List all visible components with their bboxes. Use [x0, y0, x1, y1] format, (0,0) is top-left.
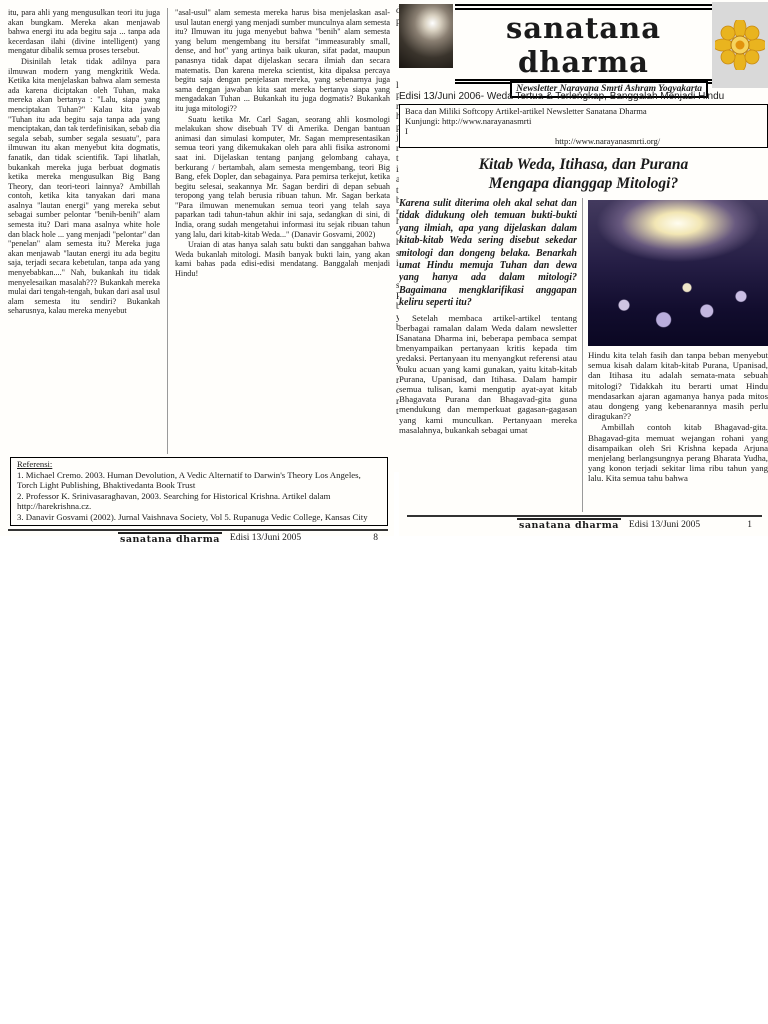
page1-column-2: Hindu kita telah fasih dan tanpa beban m…	[588, 198, 768, 512]
paragraph: Setelah membaca artikel-artikel tentang …	[399, 313, 577, 435]
lotus-om-icon	[712, 2, 768, 88]
page1-columns: Karena sulit diterima oleh akal sehat da…	[399, 198, 768, 512]
page-number: 8	[373, 533, 378, 543]
page-8: itu, para ahli yang mengusulkan teori it…	[0, 2, 394, 536]
page8-footer: sanatana dharma Edisi 13/Juni 2005 8	[8, 529, 388, 545]
promo-box: Baca dan Miliki Softcopy Artikel-artikel…	[399, 104, 768, 148]
page1-footer: sanatana dharma Edisi 13/Juni 2005 1	[407, 515, 762, 531]
paragraph: "asal-usul" alam semesta mereka harus bi…	[175, 8, 390, 114]
footer-edition: Edisi 13/Juni 2005	[230, 533, 301, 543]
paragraph: Uraian di atas hanya salah satu bukti da…	[175, 240, 390, 278]
promo-link: Kunjungi: http://www.narayanasmrti	[405, 116, 762, 126]
column-divider	[582, 198, 583, 512]
deity-photo	[399, 4, 453, 68]
paragraph: Hindu kita telah fasih dan tanpa beban m…	[588, 350, 768, 421]
page8-columns: itu, para ahli yang mengusulkan teori it…	[0, 2, 394, 454]
masthead-center: sanatana dharma Newsletter Narayana Smrt…	[455, 4, 712, 88]
page8-column-2: "asal-usul" alam semesta mereka harus bi…	[175, 8, 390, 454]
reference-item: 2. Professor K. Srinivasaraghavan, 2003.…	[17, 491, 381, 512]
promo-text: I	[405, 126, 762, 136]
edition-line: Edisi 13/Juni 2006- Weda Tertua & Terlen…	[399, 91, 768, 103]
reference-item: 1. Michael Cremo. 2003. Human Devolution…	[17, 470, 381, 491]
column-divider	[167, 8, 168, 454]
article-title-line2: Mengapa dianggap Mitologi?	[399, 175, 768, 194]
article-title-line1: Kitab Weda, Itihasa, dan Purana	[399, 156, 768, 175]
footer-brand: sanatana dharma	[118, 532, 222, 545]
paragraph: Ambillah contoh kitab Bhagavad-gita. Bha…	[588, 422, 768, 483]
article-lead: Karena sulit diterima oleh akal sehat da…	[399, 198, 577, 310]
footer-edition: Edisi 13/Juni 2005	[629, 520, 700, 530]
references-box: Referensi: 1. Michael Cremo. 2003. Human…	[10, 457, 388, 526]
promo-text: Baca dan Miliki Softcopy Artikel-artikel…	[405, 106, 762, 116]
references-title: Referensi:	[17, 459, 52, 469]
page8-column-1: itu, para ahli yang mengusulkan teori it…	[8, 8, 160, 454]
paragraph: itu, para ahli yang mengusulkan teori it…	[8, 8, 160, 56]
promo-url: http://www.narayanasmrti.org/	[405, 136, 762, 146]
paragraph: Disinilah letak tidak adilnya para ilmuw…	[8, 57, 160, 316]
page-1: sanatana dharma Newsletter Narayana Smrt…	[399, 2, 768, 536]
creation-illustration	[588, 200, 768, 346]
newsletter-logo: sanatana dharma	[455, 4, 712, 84]
footer-brand: sanatana dharma	[517, 518, 621, 531]
paragraph: Suatu ketika Mr. Carl Sagan, seorang ahl…	[175, 115, 390, 240]
article-title: Kitab Weda, Itihasa, dan Purana Mengapa …	[399, 156, 768, 193]
masthead: sanatana dharma Newsletter Narayana Smrt…	[399, 2, 768, 88]
page1-column-1: Karena sulit diterima oleh akal sehat da…	[399, 198, 577, 512]
lotus-flower-svg	[715, 20, 765, 70]
page-number: 1	[747, 520, 752, 530]
reference-item: 3. Danavir Gosvami (2002). Jurnal Vaishn…	[17, 512, 381, 523]
